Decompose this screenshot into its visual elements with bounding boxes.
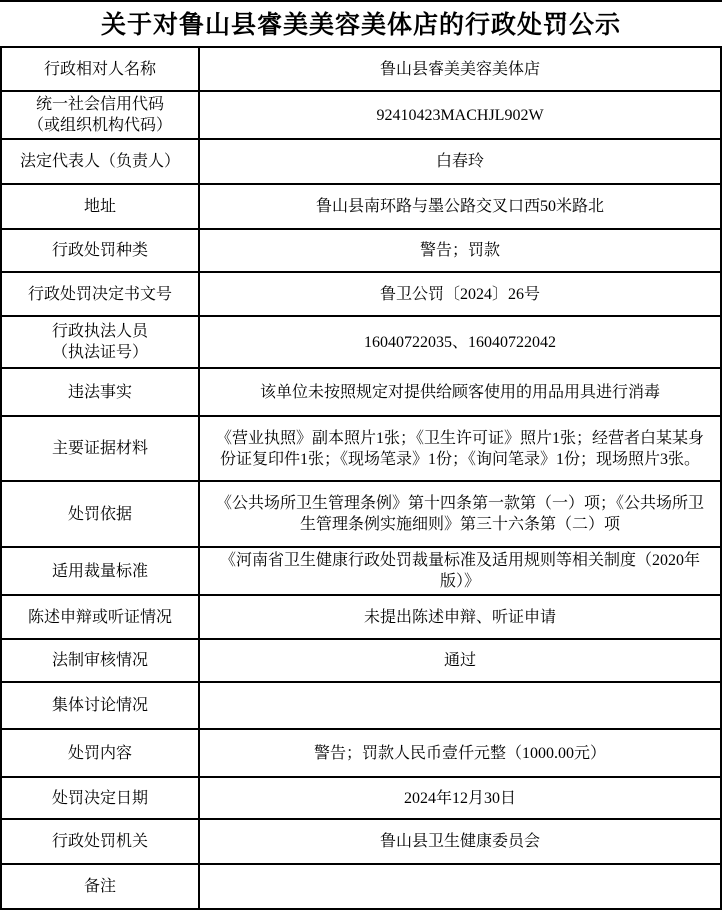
row-value: 《公共场所卫生管理条例》第十四条第一款第（一）项；《公共场所卫生管理条例实施细则… (199, 481, 721, 547)
row-value-text: 92410423MACHJL902W (376, 107, 543, 124)
row-label: 陈述申辩或听证情况 (1, 595, 199, 639)
page-title: 关于对鲁山县睿美美容美体店的行政处罚公示 (0, 0, 722, 46)
row-value-text: 警告；罚款人民币壹仟元整（1000.00元） (314, 745, 606, 762)
row-decision-date: 处罚决定日期 2024年12月30日 (1, 777, 721, 819)
row-value-text: 鲁山县睿美美容美体店 (380, 61, 540, 78)
row-value-text: 《营业执照》副本照片1张；《卫生许可证》照片1张；经营者白某某身份证复印件1张；… (216, 430, 704, 468)
row-remarks: 备注 (1, 864, 721, 909)
row-label: 行政相对人名称 (1, 47, 199, 91)
row-value-text: 鲁山县卫生健康委员会 (380, 833, 540, 850)
row-label-text: 陈述申辩或听证情况 (12, 607, 188, 628)
row-value-text: 鲁卫公罚〔2024〕26号 (380, 286, 540, 303)
row-value: 鲁卫公罚〔2024〕26号 (199, 272, 721, 316)
row-label: 主要证据材料 (1, 416, 199, 481)
row-discretion-standard: 适用裁量标准 《河南省卫生健康行政处罚裁量标准及适用规则等相关制度（2020年版… (1, 547, 721, 595)
row-value: 92410423MACHJL902W (199, 91, 721, 139)
row-penalty-content: 处罚内容 警告；罚款人民币壹仟元整（1000.00元） (1, 729, 721, 777)
row-label-text: 备注 (12, 876, 188, 897)
row-label-line1: 行政执法人员 (12, 321, 188, 342)
row-label-text: 行政处罚机关 (12, 831, 188, 852)
row-address: 地址 鲁山县南环路与墨公路交叉口西50米路北 (1, 184, 721, 229)
row-legal-review: 法制审核情况 通过 (1, 639, 721, 682)
row-label-line2: （执法证号） (12, 342, 188, 363)
row-label-text: 集体讨论情况 (12, 695, 188, 716)
row-label: 法制审核情况 (1, 639, 199, 682)
row-label: 适用裁量标准 (1, 547, 199, 595)
row-value-text: 16040722035、16040722042 (364, 334, 556, 351)
row-legal-representative: 法定代表人（负责人） 白春玲 (1, 139, 721, 184)
row-label: 处罚决定日期 (1, 777, 199, 819)
row-label: 处罚内容 (1, 729, 199, 777)
row-label: 行政处罚种类 (1, 229, 199, 272)
row-label: 行政处罚机关 (1, 819, 199, 864)
row-credit-code: 统一社会信用代码 （或组织机构代码） 92410423MACHJL902W (1, 91, 721, 139)
row-label: 行政执法人员 （执法证号） (1, 316, 199, 368)
row-value: 警告；罚款 (199, 229, 721, 272)
row-decision-number: 行政处罚决定书文号 鲁卫公罚〔2024〕26号 (1, 272, 721, 316)
row-label: 违法事实 (1, 368, 199, 416)
row-value: 该单位未按照规定对提供给顾客使用的用品用具进行消毒 (199, 368, 721, 416)
row-label-text: 处罚内容 (12, 743, 188, 764)
row-label-text: 处罚决定日期 (12, 788, 188, 809)
row-collective-discussion: 集体讨论情况 (1, 682, 721, 729)
row-enforcement-officers: 行政执法人员 （执法证号） 16040722035、16040722042 (1, 316, 721, 368)
row-value: 《营业执照》副本照片1张；《卫生许可证》照片1张；经营者白某某身份证复印件1张；… (199, 416, 721, 481)
row-label-text: 行政处罚决定书文号 (12, 284, 188, 305)
row-value: 未提出陈述申辩、听证申请 (199, 595, 721, 639)
row-value (199, 682, 721, 729)
row-value: 鲁山县睿美美容美体店 (199, 47, 721, 91)
row-label-text: 违法事实 (12, 382, 188, 403)
row-label: 统一社会信用代码 （或组织机构代码） (1, 91, 199, 139)
penalty-table: 行政相对人名称 鲁山县睿美美容美体店 统一社会信用代码 （或组织机构代码） 92… (0, 46, 722, 910)
row-value: 警告；罚款人民币壹仟元整（1000.00元） (199, 729, 721, 777)
row-label-text: 法制审核情况 (12, 650, 188, 671)
row-penalty-basis: 处罚依据 《公共场所卫生管理条例》第十四条第一款第（一）项；《公共场所卫生管理条… (1, 481, 721, 547)
row-label: 地址 (1, 184, 199, 229)
row-value: 鲁山县卫生健康委员会 (199, 819, 721, 864)
row-label-text: 处罚依据 (12, 504, 188, 525)
row-illegal-facts: 违法事实 该单位未按照规定对提供给顾客使用的用品用具进行消毒 (1, 368, 721, 416)
row-value (199, 864, 721, 909)
row-label-text: 法定代表人（负责人） (12, 151, 188, 172)
row-value-text: 该单位未按照规定对提供给顾客使用的用品用具进行消毒 (260, 384, 660, 401)
row-value-text: 2024年12月30日 (404, 790, 516, 807)
row-party-name: 行政相对人名称 鲁山县睿美美容美体店 (1, 47, 721, 91)
row-label-text: 主要证据材料 (12, 438, 188, 459)
row-label: 备注 (1, 864, 199, 909)
row-value-text: 《河南省卫生健康行政处罚裁量标准及适用规则等相关制度（2020年版）》 (220, 552, 700, 590)
row-label: 法定代表人（负责人） (1, 139, 199, 184)
row-value-text: 白春玲 (436, 153, 484, 170)
row-value: 2024年12月30日 (199, 777, 721, 819)
row-label-line1: 统一社会信用代码 (12, 94, 188, 115)
row-value: 《河南省卫生健康行政处罚裁量标准及适用规则等相关制度（2020年版）》 (199, 547, 721, 595)
row-label: 集体讨论情况 (1, 682, 199, 729)
row-label-text: 行政处罚种类 (12, 240, 188, 261)
row-value-text: 通过 (444, 652, 476, 669)
row-label-text: 适用裁量标准 (12, 561, 188, 582)
row-value: 白春玲 (199, 139, 721, 184)
row-label: 行政处罚决定书文号 (1, 272, 199, 316)
row-value-text: 《公共场所卫生管理条例》第十四条第一款第（一）项；《公共场所卫生管理条例实施细则… (216, 495, 704, 533)
row-value: 16040722035、16040722042 (199, 316, 721, 368)
row-statement-hearing: 陈述申辩或听证情况 未提出陈述申辩、听证申请 (1, 595, 721, 639)
row-value-text: 警告；罚款 (420, 242, 500, 259)
row-value-text: 未提出陈述申辩、听证申请 (364, 609, 556, 626)
row-label-text: 行政相对人名称 (12, 59, 188, 80)
row-label-line2: （或组织机构代码） (12, 115, 188, 136)
row-label-text: 地址 (12, 196, 188, 217)
row-value: 鲁山县南环路与墨公路交叉口西50米路北 (199, 184, 721, 229)
row-value-text: 鲁山县南环路与墨公路交叉口西50米路北 (316, 198, 604, 215)
penalty-notice-page: 关于对鲁山县睿美美容美体店的行政处罚公示 行政相对人名称 鲁山县睿美美容美体店 … (0, 0, 722, 910)
row-label: 处罚依据 (1, 481, 199, 547)
row-value: 通过 (199, 639, 721, 682)
row-penalty-type: 行政处罚种类 警告；罚款 (1, 229, 721, 272)
row-evidence-materials: 主要证据材料 《营业执照》副本照片1张；《卫生许可证》照片1张；经营者白某某身份… (1, 416, 721, 481)
row-penalty-authority: 行政处罚机关 鲁山县卫生健康委员会 (1, 819, 721, 864)
